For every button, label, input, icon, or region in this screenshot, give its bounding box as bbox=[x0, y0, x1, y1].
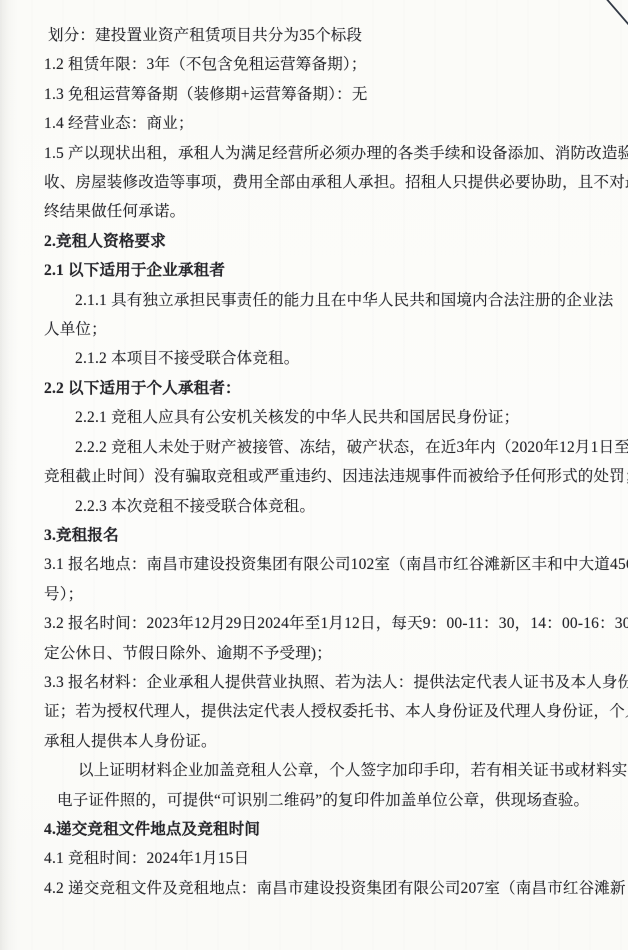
doc-line: 人单位； bbox=[0, 315, 628, 344]
doc-line: 2.2.1 竞租人应具有公安机关核发的中华人民共和国居民身份证； bbox=[0, 403, 628, 432]
doc-line: 3.1 报名地点：南昌市建设投资集团有限公司102室（南昌市红谷滩新区丰和中大道… bbox=[0, 550, 628, 579]
doc-line: 号）； bbox=[0, 580, 628, 609]
doc-line: 3.2 报名时间：2023年12月29日2024年至1月12日，每天9：00-1… bbox=[0, 609, 628, 638]
doc-line: 1.3 免租运营筹备期（装修期+运营筹备期）：无 bbox=[0, 80, 628, 109]
doc-line: 收、房屋装修改造等事项，费用全部由承租人承担。招租人只提供必要协助，且不对最 bbox=[0, 168, 628, 197]
doc-line: 2.2.2 竞租人未处于财产被接管、冻结，破产状态，在近3年内（2020年12月… bbox=[0, 433, 628, 462]
doc-line: 3.3 报名材料：企业承租人提供营业执照、若为法人：提供法定代表人证书及本人身份 bbox=[0, 668, 628, 697]
doc-line: 4.2 递交竞租文件及竞租地点：南昌市建设投资集团有限公司207室（南昌市红谷滩… bbox=[0, 874, 628, 903]
doc-line: 竞租截止时间）没有骗取竞租或严重违约、因违法违规事件而被给予任何形式的处罚； bbox=[0, 462, 628, 491]
section-heading: 4.递交竞租文件地点及竞租时间 bbox=[0, 815, 628, 844]
doc-line: 1.2 租赁年限：3年（不包含免租运营筹备期）； bbox=[0, 50, 628, 79]
section-heading: 2.竞租人资格要求 bbox=[0, 227, 628, 256]
doc-line: 电子证件照的，可提供“可识别二维码”的复印件加盖单位公章，供现场查验。 bbox=[0, 786, 628, 815]
doc-line: 2.2.3 本次竞租不接受联合体竞租。 bbox=[0, 492, 628, 521]
doc-line: 划分：建投置业资产租赁项目共分为35个标段 bbox=[0, 21, 628, 50]
doc-line: 以上证明材料企业加盖竞租人公章，个人签字加印手印，若有相关证书或材料实行 bbox=[0, 756, 628, 785]
doc-line: 2.1.1 具有独立承担民事责任的能力且在中华人民共和国境内合法注册的企业法 bbox=[0, 286, 628, 315]
section-heading: 3.竞租报名 bbox=[0, 521, 628, 550]
doc-line: 1.4 经营业态：商业； bbox=[0, 109, 628, 138]
scanned-page: 划分：建投置业资产租赁项目共分为35个标段1.2 租赁年限：3年（不包含免租运营… bbox=[0, 0, 628, 950]
doc-line: 终结果做任何承诺。 bbox=[0, 197, 628, 226]
doc-line: 1.5 产以现状出租，承租人为满足经营所必须办理的各类手续和设备添加、消防改造验 bbox=[0, 139, 628, 168]
doc-line: 4.1 竞租时间：2024年1月15日 bbox=[0, 844, 628, 873]
doc-line: 承租人提供本人身份证。 bbox=[0, 727, 628, 756]
doc-line: 2.1.2 本项目不接受联合体竞租。 bbox=[0, 344, 628, 373]
doc-line: 证；若为授权代理人，提供法定代表人授权委托书、本人身份证及代理人身份证，个人 bbox=[0, 697, 628, 726]
doc-line: 定公休日、节假日除外、逾期不予受理)； bbox=[0, 639, 628, 668]
section-heading: 2.2 以下适用于个人承租者： bbox=[0, 374, 628, 403]
section-heading: 2.1 以下适用于企业承租者 bbox=[0, 256, 628, 285]
document-lines: 划分：建投置业资产租赁项目共分为35个标段1.2 租赁年限：3年（不包含免租运营… bbox=[0, 21, 628, 903]
